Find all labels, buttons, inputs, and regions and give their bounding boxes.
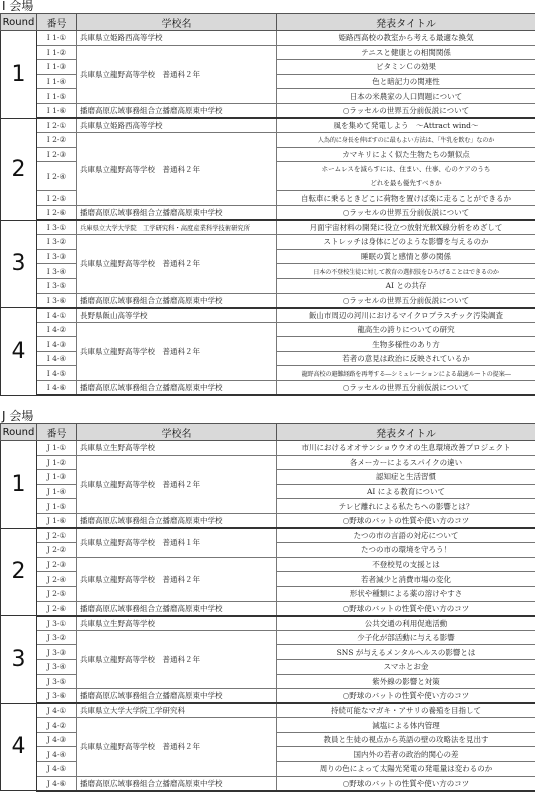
presentation-number: J 1-①	[37, 441, 77, 456]
presentation-title: ○ラッセルの世界五分前仮説について	[277, 293, 535, 308]
presentation-title: 不登校児の支援とは	[277, 557, 535, 572]
presentation-title: 睡眠の質と感情と夢の関係	[277, 249, 535, 264]
presentation-title: 公共交通の利用促進活動	[277, 616, 535, 631]
presentation-title: 若者の意見は政治に反映されているか	[277, 351, 535, 366]
table-row: 1I 1-①兵庫県立姫路西高等学校姫路西高校の教室から考える最適な換気	[1, 31, 535, 46]
presentation-title: ホームレスを減らすには、住まい、仕事、心のケアのうちどれを最も優先すべきか	[277, 162, 535, 191]
presentation-number: J 2-⑥	[37, 601, 77, 616]
presentation-title: 風を集めて発電しよう ～Attract wind～	[277, 118, 535, 133]
presentation-title: たつの市の言語の対応について	[277, 528, 535, 543]
presentation-number: I 2-②	[37, 133, 77, 148]
header-title: 発表タイトル	[277, 424, 535, 441]
presentation-number: I 1-⑤	[37, 89, 77, 104]
presentation-number: I 2-⑥	[37, 205, 77, 220]
table-row: 4J 4-①兵庫県立大学大学院工学研究科持続可能なマガキ・アサリの養殖を目指して	[1, 703, 535, 718]
header-title: 発表タイトル	[277, 14, 535, 31]
presentation-number: J 3-⑤	[37, 674, 77, 689]
table-row: 3J 3-①兵庫県立生野高等学校公共交通の利用促進活動	[1, 616, 535, 631]
school-name: 兵庫県立大学大学院 工学研究科・高度産業科学技術研究所	[77, 220, 277, 235]
presentation-number: J 4-⑤	[37, 762, 77, 777]
header-number: 番号	[37, 424, 77, 441]
presentation-number: J 2-④	[37, 572, 77, 587]
presentation-title: たつの市の環境を守ろう！	[277, 543, 535, 558]
header-row: Round 番号 学校名 発表タイトル	[1, 424, 535, 441]
venue-i: I 会場 Round 番号 学校名 発表タイトル 1I 1-①兵庫県立姫路西高等…	[0, 0, 535, 396]
presentation-number: I 3-③	[37, 249, 77, 264]
presentation-number: I 4-⑥	[37, 381, 77, 396]
presentation-title: テレビ離れによる私たちへの影響とは？	[277, 499, 535, 514]
table-row: I 3-②兵庫県立龍野高等学校 普通科２年ストレッチは身体にどのような影響を与え…	[1, 235, 535, 250]
school-name: 兵庫県立大学大学院工学研究科	[77, 703, 277, 718]
presentation-number: J 4-⑥	[37, 776, 77, 791]
school-name: 兵庫県立龍野高等学校 普通科２年	[77, 235, 277, 293]
round-number: 4	[1, 703, 37, 791]
presentation-number: J 4-①	[37, 703, 77, 718]
presentation-title: 生物多様性のあり方	[277, 337, 535, 352]
presentation-number: I 2-③	[37, 147, 77, 162]
presentation-title: ビタミンＣの効果	[277, 60, 535, 75]
table-row: J 2-③兵庫県立龍野高等学校 普通科２年不登校児の支援とは	[1, 557, 535, 572]
presentation-title: ストレッチは身体にどのような影響を与えるのか	[277, 235, 535, 250]
table-row: 1J 1-①兵庫県立生野高等学校市川におけるオオサンショウウオの生息環境改善プロ…	[1, 441, 535, 456]
venue-title: I 会場	[0, 0, 535, 13]
presentation-number: J 1-⑤	[37, 499, 77, 514]
presentation-number: J 4-③	[37, 732, 77, 747]
presentation-title: ○野球のバットの性質や使い方のコツ	[277, 776, 535, 791]
presentation-number: I 2-④	[37, 162, 77, 191]
presentation-number: J 4-②	[37, 718, 77, 733]
header-number: 番号	[37, 14, 77, 31]
presentation-title: 教員と生徒の視点から英語の壁の攻略法を見出す	[277, 732, 535, 747]
presentation-title: 龍高生の誇りについての研究	[277, 322, 535, 337]
round-number: 3	[1, 220, 37, 308]
header-round: Round	[1, 14, 37, 31]
table-row: I 4-⑥播磨高原広域事務組合立播磨高原東中学校○ラッセルの世界五分前仮説につい…	[1, 381, 535, 396]
school-name: 兵庫県立姫路西高等学校	[77, 118, 277, 133]
presentation-number: J 4-④	[37, 747, 77, 762]
school-name: 兵庫県立龍野高等学校 普通科１年	[77, 528, 277, 557]
presentation-number: J 2-⑤	[37, 586, 77, 601]
school-name: 播磨高原広域事務組合立播磨高原東中学校	[77, 513, 277, 528]
presentation-title: 形状や種類による薬の溶けやすさ	[277, 586, 535, 601]
presentation-number: I 4-④	[37, 351, 77, 366]
presentation-number: I 1-④	[37, 74, 77, 89]
table-row: I 2-⑥播磨高原広域事務組合立播磨高原東中学校○ラッセルの世界五分前仮説につい…	[1, 205, 535, 220]
table-row: I 4-②兵庫県立龍野高等学校 普通科２年龍高生の誇りについての研究	[1, 322, 535, 337]
presentation-number: J 2-①	[37, 528, 77, 543]
presentation-title: 紫外線の影響と対策	[277, 674, 535, 689]
presentation-title: ○野球のバットの性質や使い方のコツ	[277, 513, 535, 528]
presentation-number: I 4-②	[37, 322, 77, 337]
school-name: 兵庫県立龍野高等学校 普通科２年	[77, 455, 277, 513]
presentation-title: AI との共存	[277, 278, 535, 293]
header-row: Round 番号 学校名 発表タイトル	[1, 14, 535, 31]
table-row: J 3-⑥播磨高原広域事務組合立播磨高原東中学校○野球のバットの性質や使い方のコ…	[1, 689, 535, 704]
presentation-number: J 1-③	[37, 470, 77, 485]
presentation-number: I 3-⑥	[37, 293, 77, 308]
school-name: 兵庫県立龍野高等学校 普通科２年	[77, 45, 277, 103]
presentation-number: I 1-⑥	[37, 103, 77, 118]
presentation-title: 日本の不登校生徒に対して教育の選択肢をひろげることはできるのか	[277, 264, 535, 279]
presentation-title: SNS が与えるメンタルヘルスの影響とは	[277, 645, 535, 660]
presentation-number: I 1-①	[37, 31, 77, 46]
presentation-title: 飯山市周辺の河川におけるマイクロプラスチック汚染調査	[277, 308, 535, 323]
presentation-number: J 1-④	[37, 484, 77, 499]
presentation-title: 龍野高校の避難経路を再考する―シミュレーションによる最適ルートの提案―	[277, 366, 535, 381]
table-row: 4I 4-①長野県飯山高等学校飯山市周辺の河川におけるマイクロプラスチック汚染調…	[1, 308, 535, 323]
presentation-number: J 3-④	[37, 659, 77, 674]
table-row: J 3-②兵庫県立龍野高等学校 普通科２年少子化が部活動に与える影響	[1, 630, 535, 645]
presentation-number: J 1-⑥	[37, 513, 77, 528]
presentation-title-line: どれを最も優先すべきか	[277, 176, 535, 190]
school-name: 兵庫県立生野高等学校	[77, 616, 277, 631]
table-row: 2J 2-①兵庫県立龍野高等学校 普通科１年たつの市の言語の対応について	[1, 528, 535, 543]
school-name: 兵庫県立龍野高等学校 普通科２年	[77, 557, 277, 601]
presentation-number: I 4-①	[37, 308, 77, 323]
presentation-number: J 2-②	[37, 543, 77, 558]
table-row: I 3-⑥播磨高原広域事務組合立播磨高原東中学校○ラッセルの世界五分前仮説につい…	[1, 293, 535, 308]
presentation-number: J 3-⑥	[37, 689, 77, 704]
school-name: 播磨高原広域事務組合立播磨高原東中学校	[77, 776, 277, 791]
presentation-title: 自転車に乗るときどこに荷物を置けば楽に走ることができるか	[277, 191, 535, 206]
venue-j: J 会場 Round 番号 学校名 発表タイトル 1J 1-①兵庫県立生野高等学…	[0, 410, 535, 792]
school-name: 兵庫県立生野高等学校	[77, 441, 277, 456]
presentation-title: 月面宇宙材料の開発に役立つ放射光軟X線分析をめざして	[277, 220, 535, 235]
school-name: 播磨高原広域事務組合立播磨高原東中学校	[77, 205, 277, 220]
school-name: 兵庫県立龍野高等学校 普通科２年	[77, 630, 277, 688]
table-row: 2I 2-①兵庫県立姫路西高等学校風を集めて発電しよう ～Attract win…	[1, 118, 535, 133]
presentation-title: 周りの色によって太陽光発電の発電量は変わるのか	[277, 762, 535, 777]
presentation-title: ○ラッセルの世界五分前仮説について	[277, 103, 535, 118]
presentation-number: I 3-④	[37, 264, 77, 279]
presentation-title: 各メーカーによるスパイクの違い	[277, 455, 535, 470]
table-row: 3I 3-①兵庫県立大学大学院 工学研究科・高度産業科学技術研究所月面宇宙材料の…	[1, 220, 535, 235]
presentation-number: I 3-①	[37, 220, 77, 235]
presentation-title: 日本の米農家の人口問題について	[277, 89, 535, 104]
venue-title: J 会場	[0, 410, 535, 423]
presentation-title: スマホとお金	[277, 659, 535, 674]
table-row: J 2-⑥播磨高原広域事務組合立播磨高原東中学校○野球のバットの性質や使い方のコ…	[1, 601, 535, 616]
presentation-title: テニスと健康との相関関係	[277, 45, 535, 60]
round-number: 1	[1, 31, 37, 119]
school-name: 播磨高原広域事務組合立播磨高原東中学校	[77, 103, 277, 118]
presentation-number: I 4-⑤	[37, 366, 77, 381]
schedule-table: Round 番号 学校名 発表タイトル 1J 1-①兵庫県立生野高等学校市川にお…	[0, 423, 535, 792]
school-name: 播磨高原広域事務組合立播磨高原東中学校	[77, 381, 277, 396]
round-number: 4	[1, 308, 37, 396]
table-row: I 1-②兵庫県立龍野高等学校 普通科２年テニスと健康との相関関係	[1, 45, 535, 60]
presentation-title: 若者減少と消費市場の変化	[277, 572, 535, 587]
table-row: I 1-⑥播磨高原広域事務組合立播磨高原東中学校○ラッセルの世界五分前仮説につい…	[1, 103, 535, 118]
presentation-number: J 2-③	[37, 557, 77, 572]
school-name: 兵庫県立龍野高等学校 普通科２年	[77, 133, 277, 206]
presentation-number: J 3-③	[37, 645, 77, 660]
presentation-number: I 4-③	[37, 337, 77, 352]
table-row: J 1-⑥播磨高原広域事務組合立播磨高原東中学校○野球のバットの性質や使い方のコ…	[1, 513, 535, 528]
school-name: 兵庫県立姫路西高等学校	[77, 31, 277, 46]
presentation-title: AI による教育について	[277, 484, 535, 499]
presentation-title: カマキリによく似た生物たちの類似点	[277, 147, 535, 162]
presentation-title: 国内外の若者の政治的関心の差	[277, 747, 535, 762]
presentation-title: 減塩による体内管理	[277, 718, 535, 733]
round-number: 1	[1, 441, 37, 529]
presentation-title-line: ホームレスを減らすには、住まい、仕事、心のケアのうち	[277, 162, 535, 176]
round-number: 2	[1, 118, 37, 220]
table-row: J 4-②兵庫県立龍野高等学校 普通科２年減塩による体内管理	[1, 718, 535, 733]
school-name: 長野県飯山高等学校	[77, 308, 277, 323]
presentation-title: ○野球のバットの性質や使い方のコツ	[277, 601, 535, 616]
presentation-title: 少子化が部活動に与える影響	[277, 630, 535, 645]
round-number: 2	[1, 528, 37, 616]
school-name: 播磨高原広域事務組合立播磨高原東中学校	[77, 601, 277, 616]
table-row: J 4-⑥播磨高原広域事務組合立播磨高原東中学校○野球のバットの性質や使い方のコ…	[1, 776, 535, 791]
presentation-number: J 3-①	[37, 616, 77, 631]
presentation-number: I 1-③	[37, 60, 77, 75]
presentation-title: 認知症と生活習慣	[277, 470, 535, 485]
schedule-table: Round 番号 学校名 発表タイトル 1I 1-①兵庫県立姫路西高等学校姫路西…	[0, 13, 535, 396]
header-round: Round	[1, 424, 37, 441]
presentation-title: 人為的に身長を伸ばすのに最もよい方法は、「牛乳を飲む」なのか	[277, 133, 535, 148]
presentation-number: I 1-②	[37, 45, 77, 60]
school-name: 播磨高原広域事務組合立播磨高原東中学校	[77, 689, 277, 704]
header-school: 学校名	[77, 424, 277, 441]
presentation-number: I 2-⑤	[37, 191, 77, 206]
table-row: J 1-②兵庫県立龍野高等学校 普通科２年各メーカーによるスパイクの違い	[1, 455, 535, 470]
presentation-number: J 1-②	[37, 455, 77, 470]
table-body: 1J 1-①兵庫県立生野高等学校市川におけるオオサンショウウオの生息環境改善プロ…	[1, 441, 535, 791]
presentation-number: J 3-②	[37, 630, 77, 645]
school-name: 兵庫県立龍野高等学校 普通科２年	[77, 718, 277, 776]
table-body: 1I 1-①兵庫県立姫路西高等学校姫路西高校の教室から考える最適な換気I 1-②…	[1, 31, 535, 396]
presentation-title: 持続可能なマガキ・アサリの養殖を目指して	[277, 703, 535, 718]
round-number: 3	[1, 616, 37, 704]
header-school: 学校名	[77, 14, 277, 31]
presentation-title: ○ラッセルの世界五分前仮説について	[277, 205, 535, 220]
presentation-title: 色と暗記力の関連性	[277, 74, 535, 89]
school-name: 播磨高原広域事務組合立播磨高原東中学校	[77, 293, 277, 308]
presentation-title: ○ラッセルの世界五分前仮説について	[277, 381, 535, 396]
presentation-title: 姫路西高校の教室から考える最適な換気	[277, 31, 535, 46]
presentation-number: I 2-①	[37, 118, 77, 133]
table-row: I 2-②兵庫県立龍野高等学校 普通科２年人為的に身長を伸ばすのに最もよい方法は…	[1, 133, 535, 148]
school-name: 兵庫県立龍野高等学校 普通科２年	[77, 322, 277, 380]
presentation-title: 市川におけるオオサンショウウオの生息環境改善プロジェクト	[277, 441, 535, 456]
presentation-title: ○野球のバットの性質や使い方のコツ	[277, 689, 535, 704]
presentation-number: I 3-②	[37, 235, 77, 250]
presentation-number: I 3-⑤	[37, 278, 77, 293]
